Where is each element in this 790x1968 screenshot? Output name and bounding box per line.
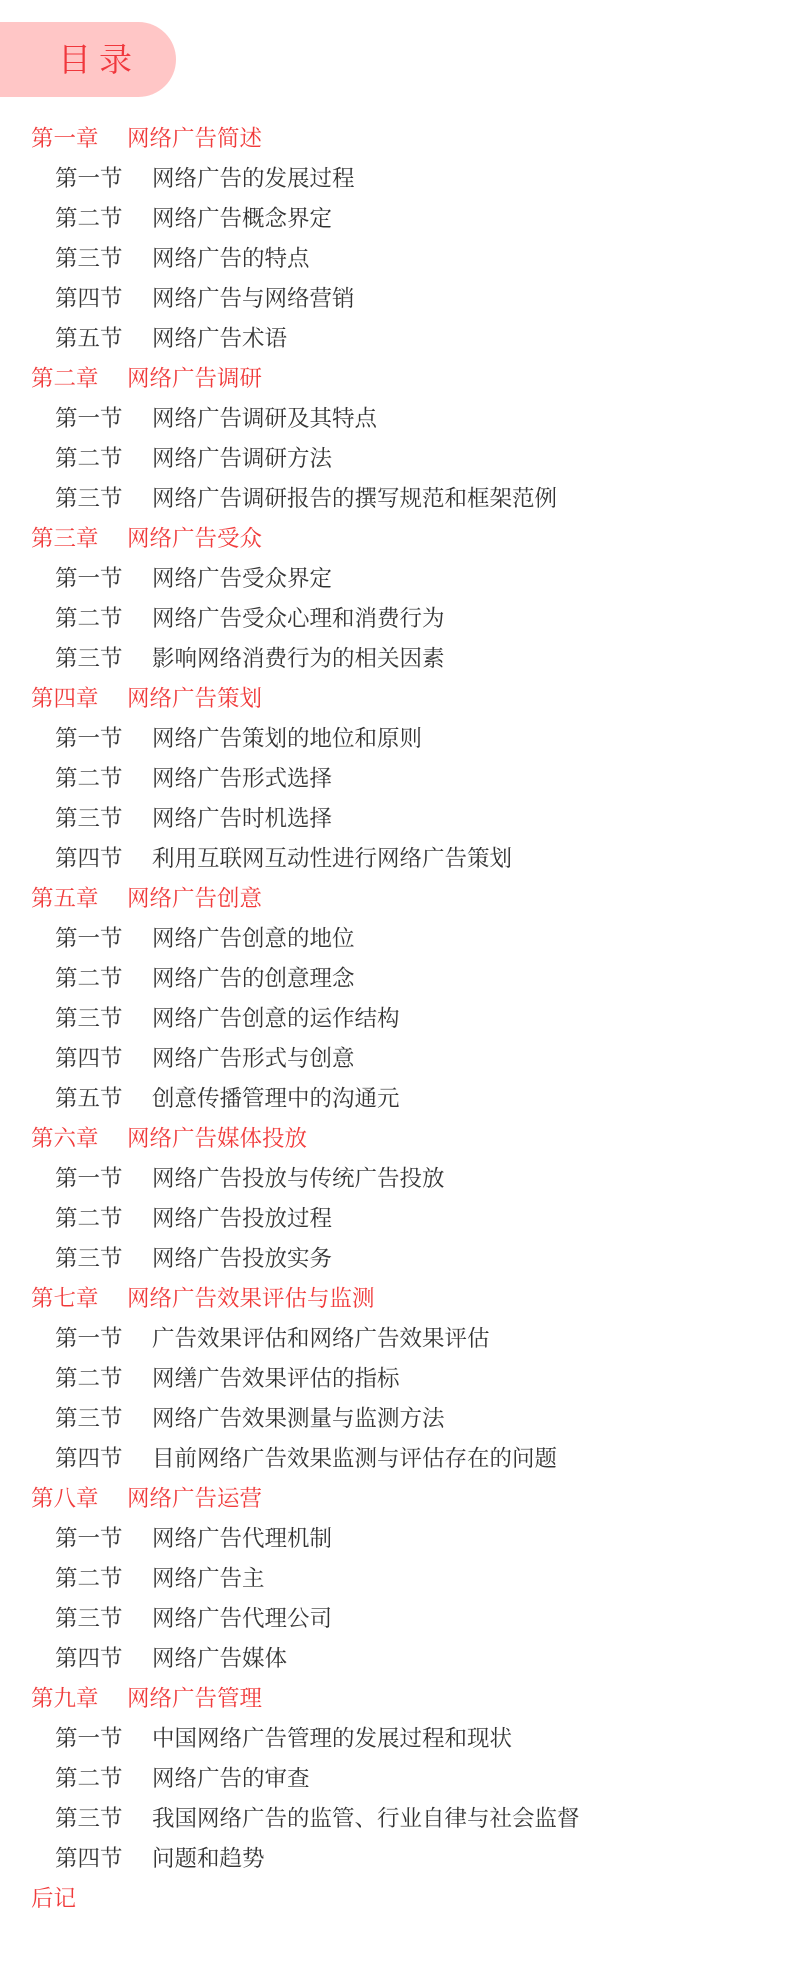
section-title: 网络广告的审查 (152, 1762, 310, 1796)
section-title: 网络广告投放过程 (152, 1202, 332, 1236)
section-title: 网络广告效果测量与监测方法 (152, 1402, 445, 1436)
toc-section[interactable]: 第三节我国网络广告的监管、行业自律与社会监督 (0, 1802, 790, 1842)
section-number: 第四节 (55, 282, 123, 316)
toc-chapter-3[interactable]: 第三章网络广告受众 (0, 522, 790, 562)
section-number: 第一节 (55, 402, 123, 436)
chapter-number: 第九章 (31, 1682, 99, 1716)
section-title: 我国网络广告的监管、行业自律与社会监督 (152, 1802, 580, 1836)
section-number: 第二节 (55, 1362, 123, 1396)
chapter-title: 网络广告媒体投放 (127, 1122, 307, 1156)
section-title: 网络广告代理机制 (152, 1522, 332, 1556)
section-title: 网络广告代理公司 (152, 1602, 332, 1636)
toc-chapter-9[interactable]: 第九章网络广告管理 (0, 1682, 790, 1722)
toc-section[interactable]: 第三节网络广告的特点 (0, 242, 790, 282)
section-number: 第一节 (55, 162, 123, 196)
section-title: 问题和趋势 (152, 1842, 265, 1876)
section-title: 影响网络消费行为的相关因素 (152, 642, 445, 676)
afterword-title: 后记 (31, 1882, 76, 1916)
section-number: 第三节 (55, 1802, 123, 1836)
section-number: 第四节 (55, 1042, 123, 1076)
section-number: 第一节 (55, 722, 123, 756)
section-title: 网络广告策划的地位和原则 (152, 722, 422, 756)
toc-section[interactable]: 第三节影响网络消费行为的相关因素 (0, 642, 790, 682)
chapter-number: 第七章 (31, 1282, 99, 1316)
chapter-number: 第三章 (31, 522, 99, 556)
toc-section[interactable]: 第四节利用互联网互动性进行网络广告策划 (0, 842, 790, 882)
toc-section[interactable]: 第三节网络广告投放实务 (0, 1242, 790, 1282)
chapter-number: 第八章 (31, 1482, 99, 1516)
section-number: 第三节 (55, 642, 123, 676)
toc-section[interactable]: 第一节中国网络广告管理的发展过程和现状 (0, 1722, 790, 1762)
toc-section[interactable]: 第二节网络广告主 (0, 1562, 790, 1602)
section-title: 创意传播管理中的沟通元 (152, 1082, 400, 1116)
chapter-title: 网络广告效果评估与监测 (127, 1282, 375, 1316)
section-number: 第一节 (55, 1162, 123, 1196)
toc-section[interactable]: 第二节网络广告受众心理和消费行为 (0, 602, 790, 642)
section-title: 网络广告创意的运作结构 (152, 1002, 400, 1036)
toc-section[interactable]: 第二节网络广告的创意理念 (0, 962, 790, 1002)
toc-section[interactable]: 第四节网络广告媒体 (0, 1642, 790, 1682)
toc-section[interactable]: 第一节网络广告调研及其特点 (0, 402, 790, 442)
section-number: 第一节 (55, 922, 123, 956)
toc-section[interactable]: 第二节网络广告调研方法 (0, 442, 790, 482)
section-title: 网络广告的特点 (152, 242, 310, 276)
section-number: 第二节 (55, 1562, 123, 1596)
section-number: 第三节 (55, 1242, 123, 1276)
chapter-number: 第一章 (31, 122, 99, 156)
section-number: 第三节 (55, 1402, 123, 1436)
section-title: 网络广告与网络营销 (152, 282, 355, 316)
section-number: 第三节 (55, 1602, 123, 1636)
chapter-title: 网络广告简述 (127, 122, 262, 156)
section-number: 第二节 (55, 202, 123, 236)
toc-section[interactable]: 第五节创意传播管理中的沟通元 (0, 1082, 790, 1122)
section-title: 网络广告形式选择 (152, 762, 332, 796)
table-of-contents: 第一章网络广告简述 第一节网络广告的发展过程 第二节网络广告概念界定 第三节网络… (0, 122, 790, 1922)
chapter-number: 第二章 (31, 362, 99, 396)
section-number: 第四节 (55, 1842, 123, 1876)
chapter-title: 网络广告管理 (127, 1682, 262, 1716)
section-number: 第二节 (55, 1202, 123, 1236)
chapter-number: 第六章 (31, 1122, 99, 1156)
section-title: 网络广告形式与创意 (152, 1042, 355, 1076)
section-number: 第四节 (55, 1442, 123, 1476)
chapter-title: 网络广告运营 (127, 1482, 262, 1516)
section-title: 网络广告投放与传统广告投放 (152, 1162, 445, 1196)
section-number: 第一节 (55, 1322, 123, 1356)
toc-chapter-8[interactable]: 第八章网络广告运营 (0, 1482, 790, 1522)
toc-section[interactable]: 第一节网络广告代理机制 (0, 1522, 790, 1562)
toc-section[interactable]: 第二节网络广告形式选择 (0, 762, 790, 802)
toc-section[interactable]: 第一节网络广告的发展过程 (0, 162, 790, 202)
section-title: 网络广告投放实务 (152, 1242, 332, 1276)
section-title: 网络广告概念界定 (152, 202, 332, 236)
toc-chapter-7[interactable]: 第七章网络广告效果评估与监测 (0, 1282, 790, 1322)
toc-section[interactable]: 第四节网络广告与网络营销 (0, 282, 790, 322)
chapter-title: 网络广告策划 (127, 682, 262, 716)
section-title: 广告效果评估和网络广告效果评估 (152, 1322, 490, 1356)
toc-section[interactable]: 第四节目前网络广告效果监测与评估存在的问题 (0, 1442, 790, 1482)
section-number: 第一节 (55, 1522, 123, 1556)
toc-section[interactable]: 第四节问题和趋势 (0, 1842, 790, 1882)
section-title: 网络广告调研方法 (152, 442, 332, 476)
toc-header-banner: 目录 (0, 22, 176, 97)
section-title: 网络广告的发展过程 (152, 162, 355, 196)
section-title: 网络广告调研报告的撰写规范和框架范例 (152, 482, 557, 516)
toc-section[interactable]: 第一节网络广告受众界定 (0, 562, 790, 602)
chapter-number: 第四章 (31, 682, 99, 716)
toc-chapter-4[interactable]: 第四章网络广告策划 (0, 682, 790, 722)
section-title: 网络广告主 (152, 1562, 265, 1596)
toc-section[interactable]: 第五节网络广告术语 (0, 322, 790, 362)
toc-section[interactable]: 第一节网络广告投放与传统广告投放 (0, 1162, 790, 1202)
section-title: 网络广告时机选择 (152, 802, 332, 836)
section-number: 第三节 (55, 802, 123, 836)
section-number: 第三节 (55, 242, 123, 276)
section-title: 网络广告受众界定 (152, 562, 332, 596)
toc-section[interactable]: 第三节网络广告代理公司 (0, 1602, 790, 1642)
section-title: 网络广告创意的地位 (152, 922, 355, 956)
section-title: 网缮广告效果评估的指标 (152, 1362, 400, 1396)
section-title: 网络广告术语 (152, 322, 287, 356)
chapter-title: 网络广告调研 (127, 362, 262, 396)
section-title: 利用互联网互动性进行网络广告策划 (152, 842, 512, 876)
toc-section[interactable]: 第一节网络广告策划的地位和原则 (0, 722, 790, 762)
toc-section[interactable]: 第二节网络广告的审查 (0, 1762, 790, 1802)
section-number: 第二节 (55, 1762, 123, 1796)
section-title: 中国网络广告管理的发展过程和现状 (152, 1722, 512, 1756)
chapter-title: 网络广告受众 (127, 522, 262, 556)
section-number: 第五节 (55, 322, 123, 356)
section-number: 第二节 (55, 962, 123, 996)
section-title: 网络广告媒体 (152, 1642, 287, 1676)
toc-section[interactable]: 第二节网络广告概念界定 (0, 202, 790, 242)
section-number: 第五节 (55, 1082, 123, 1116)
section-title: 目前网络广告效果监测与评估存在的问题 (152, 1442, 557, 1476)
toc-chapter-2[interactable]: 第二章网络广告调研 (0, 362, 790, 402)
section-number: 第四节 (55, 1642, 123, 1676)
toc-section[interactable]: 第四节网络广告形式与创意 (0, 1042, 790, 1082)
section-number: 第一节 (55, 1722, 123, 1756)
toc-section[interactable]: 第二节网络广告投放过程 (0, 1202, 790, 1242)
toc-section[interactable]: 第三节网络广告效果测量与监测方法 (0, 1402, 790, 1442)
toc-section[interactable]: 第一节广告效果评估和网络广告效果评估 (0, 1322, 790, 1362)
toc-chapter-1[interactable]: 第一章网络广告简述 (0, 122, 790, 162)
toc-section[interactable]: 第三节网络广告创意的运作结构 (0, 1002, 790, 1042)
section-number: 第四节 (55, 842, 123, 876)
toc-section[interactable]: 第三节网络广告时机选择 (0, 802, 790, 842)
toc-chapter-6[interactable]: 第六章网络广告媒体投放 (0, 1122, 790, 1162)
toc-section[interactable]: 第二节网缮广告效果评估的指标 (0, 1362, 790, 1402)
toc-chapter-5[interactable]: 第五章网络广告创意 (0, 882, 790, 922)
page-title: 目录 (58, 22, 140, 97)
toc-afterword[interactable]: 后记 (0, 1882, 790, 1922)
toc-section[interactable]: 第三节网络广告调研报告的撰写规范和框架范例 (0, 482, 790, 522)
section-number: 第二节 (55, 602, 123, 636)
section-number: 第一节 (55, 562, 123, 596)
section-number: 第二节 (55, 762, 123, 796)
section-title: 网络广告调研及其特点 (152, 402, 377, 436)
section-number: 第三节 (55, 482, 123, 516)
section-number: 第三节 (55, 1002, 123, 1036)
toc-section[interactable]: 第一节网络广告创意的地位 (0, 922, 790, 962)
section-title: 网络广告的创意理念 (152, 962, 355, 996)
chapter-title: 网络广告创意 (127, 882, 262, 916)
section-title: 网络广告受众心理和消费行为 (152, 602, 445, 636)
section-number: 第二节 (55, 442, 123, 476)
chapter-number: 第五章 (31, 882, 99, 916)
